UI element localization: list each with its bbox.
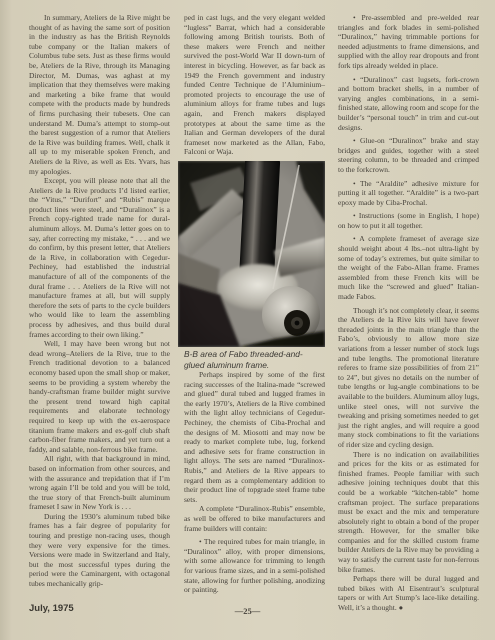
paragraph: A complete “Duralinox-Rubis” ensemble, a… <box>184 504 325 533</box>
bottom-bracket-photo <box>178 161 325 347</box>
bullet-item: • A complete frameset of average size sh… <box>338 234 479 301</box>
bullet-item: • Glue-on “Duralinox” brake and stay bri… <box>338 136 479 174</box>
paragraph: Though it’s not completely clear, it see… <box>338 306 479 450</box>
paragraph: Well, I may have been wrong but not dead… <box>29 339 170 454</box>
page-number: —25— <box>0 606 495 616</box>
bullet-item: • The required tubes for main triangle, … <box>184 537 325 595</box>
paragraph: Except, you will please note that all th… <box>29 176 170 339</box>
paragraph: In summary, Ateliers de la Rive might be… <box>29 13 170 176</box>
bullet-item: • The “Araldite” adhesive mixture for pu… <box>338 179 479 208</box>
photo-caption: B-B area of Fabo threaded-and-glued alum… <box>184 349 316 370</box>
paragraph: There is no indication on availabilities… <box>338 450 479 575</box>
magazine-page: In summary, Ateliers de la Rive might be… <box>0 0 495 640</box>
bullet-item: • Pre-assembled and pre-welded rear tria… <box>338 13 479 71</box>
bullet-item: • “Duralinox” cast lugsets, fork-crown a… <box>338 75 479 133</box>
paragraph: Perhaps inspired by some of the first ra… <box>184 370 325 504</box>
bullet-item: • Instructions (some in English, I hope)… <box>338 211 479 230</box>
paragraph: ped in cast lugs, and the very elegant w… <box>184 13 325 157</box>
column-3: • Pre-assembled and pre-welded rear tria… <box>338 13 479 613</box>
paragraph: During the 1930’s aluminum tubed bike fr… <box>29 512 170 589</box>
article-photo <box>178 161 325 347</box>
column-2: ped in cast lugs, and the very elegant w… <box>184 13 325 595</box>
column-1: In summary, Ateliers de la Rive might be… <box>29 13 170 589</box>
paragraph: All right, with that background in mind,… <box>29 454 170 512</box>
